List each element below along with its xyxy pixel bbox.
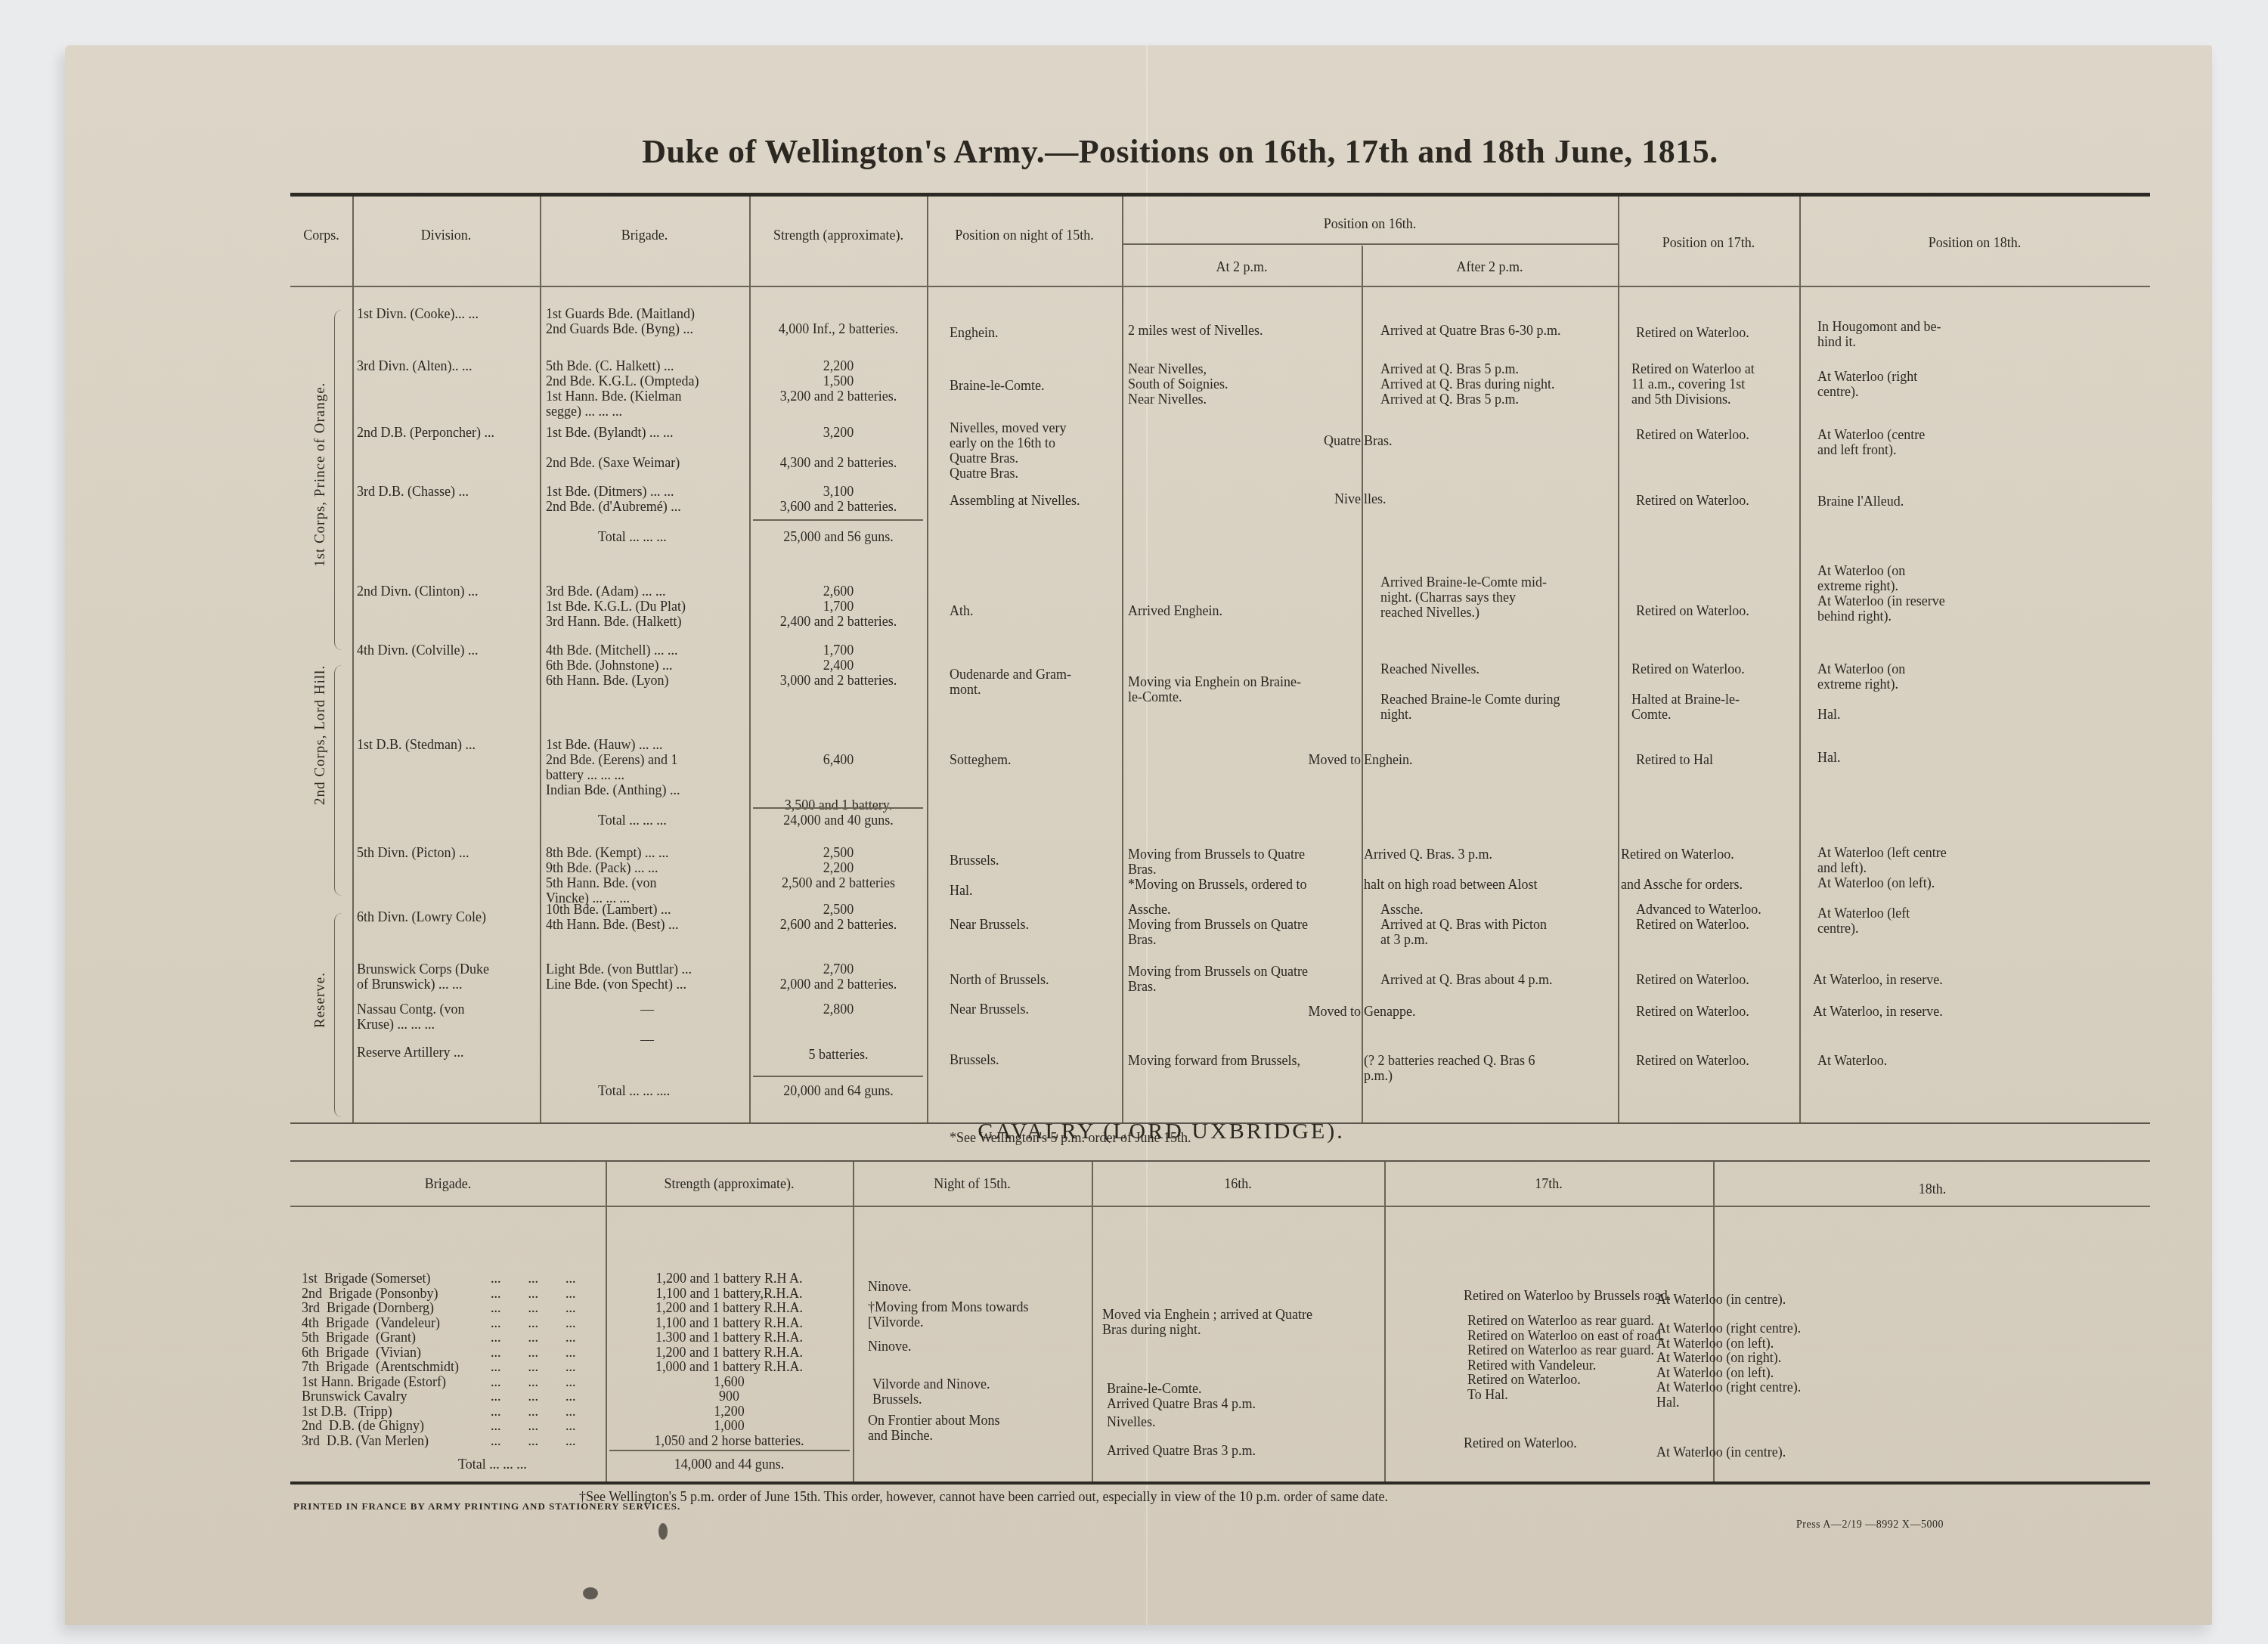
col-divider	[352, 197, 354, 1122]
strength-cell: 2,700 2,000 and 2 batteries.	[751, 961, 926, 992]
leader-dots: ... ... ...	[491, 1389, 576, 1404]
cavalry-brigade-row: 2nd D.B. (de Ghigny)... ... ...1,000	[302, 1419, 846, 1434]
cavalry-brigade-strength: 1,200 and 1 battery R.H.A.	[607, 1345, 851, 1361]
cavalry-brigade-row: 1st Brigade (Somerset)... ... ...1,200 a…	[302, 1271, 846, 1286]
cavalry-brigade-name: 1st D.B. (Tripp)	[302, 1404, 392, 1420]
subtotal-rule	[609, 1450, 850, 1451]
cav-night15-cell: On Frontier about Mons and Binche.	[868, 1413, 1087, 1443]
strength-cell: 3,200 4,300 and 2 batteries.	[751, 425, 926, 470]
subtotal-rule	[753, 519, 923, 521]
brigade-cell: —	[546, 1002, 748, 1017]
cavalry-brigade-row: 1st D.B. (Tripp)... ... ...1,200	[302, 1404, 846, 1420]
at2pm-cell: Moved to	[1128, 752, 1361, 767]
cavalry-brigade-row: 4th Brigade (Vandeleur)... ... ...1,100 …	[302, 1316, 846, 1331]
corps-brace	[334, 913, 343, 1117]
pos18-cell: At Waterloo (left centre).	[1817, 906, 1984, 936]
header-rule	[1122, 243, 1618, 245]
leader-dots: ... ... ...	[491, 1345, 576, 1361]
cav-night15-cell: Ninove.	[868, 1339, 1087, 1355]
at2pm-cell: Moving forward from Brussels,	[1128, 1053, 1361, 1068]
strength-cell: 2,200 1,500 3,200 and 2 batteries.	[751, 358, 926, 404]
after2pm-cell: Reached Nivelles. Reached Braine-le Comt…	[1380, 661, 1616, 722]
header-night-15th: Position on night of 15th.	[928, 227, 1120, 243]
at2pm-cell: Moving from Brussels to Quatre Bras. *Mo…	[1128, 847, 1361, 892]
after2pm-cell: Assche. Arrived at Q. Bras with Picton a…	[1380, 902, 1616, 947]
corps-brace	[334, 310, 343, 650]
brigade-cell: 8th Bde. (Kempt) ... ... 9th Bde. (Pack)…	[546, 845, 748, 906]
strength-cell: 3,100 3,600 and 2 batteries.	[751, 484, 926, 514]
brigade-cell: 1st Guards Bde. (Maitland) 2nd Guards Bd…	[546, 306, 748, 336]
leader-dots: ... ... ...	[491, 1375, 576, 1390]
at2pm-cell: Moving from Brussels on Quatre Bras.	[1128, 964, 1361, 994]
pos18-cell: At Waterloo.	[1817, 1053, 1984, 1068]
cavalry-brigade-strength: 1,200 and 1 battery R.H A.	[607, 1271, 851, 1286]
after2pm-cell: Arrived Braine-le-Comte mid- night. (Cha…	[1380, 574, 1616, 620]
cavalry-brigade-name: 3rd Brigade (Dornberg)	[302, 1301, 434, 1316]
division-cell: 3rd Divn. (Alten).. ...	[357, 358, 538, 373]
cavalry-brigade-name: 5th Brigade (Grant)	[302, 1330, 416, 1345]
header-rule	[290, 1206, 2150, 1207]
at2pm-cell: Assche. Moving from Brussels on Quatre B…	[1128, 902, 1361, 947]
strength-cell: 1,700 2,400 3,000 and 2 batteries.	[751, 642, 926, 688]
cavalry-brigade-name: 6th Brigade (Vivian)	[302, 1345, 421, 1361]
cav-16th-cell: Moved via Enghein ; arrived at Quatre Br…	[1102, 1308, 1390, 1337]
leader-dots: ... ... ...	[491, 1301, 576, 1316]
cav-16th-cell: Nivelles.	[1107, 1415, 1379, 1430]
pos18-cell: Hal.	[1817, 750, 1984, 765]
cav-night15-cell: Vilvorde and Ninove. Brussels.	[872, 1377, 1092, 1407]
cavalry-brigade-strength: 1,600	[607, 1375, 851, 1390]
leader-dots: ... ... ...	[491, 1330, 576, 1345]
night15-cell: Oudenarde and Gram- mont.	[950, 667, 1120, 697]
cavalry-brigade-name: 2nd D.B. (de Ghigny)	[302, 1419, 424, 1434]
cavalry-brigade-strength: 1,000 and 1 battery R.H.A.	[607, 1360, 851, 1375]
header-brigade: Brigade.	[541, 227, 748, 243]
cav-header-night15: Night of 15th.	[854, 1175, 1090, 1192]
cavalry-brigade-strength: 1.300 and 1 battery R.H.A.	[607, 1330, 851, 1345]
at2pm-cell: Quatre	[1128, 433, 1361, 448]
ink-stain	[583, 1587, 598, 1599]
after2pm-cell: Enghein.	[1364, 752, 1600, 767]
cav-night15-cell: †Moving from Mons towards [Vilvorde.	[868, 1300, 1087, 1330]
after2pm-cell: Genappe.	[1364, 1004, 1600, 1019]
cavalry-brigade-name: 7th Brigade (Arentschmidt)	[302, 1360, 459, 1375]
header-position-17th: Position on 17th.	[1619, 234, 1798, 251]
leader-dots: ... ... ...	[491, 1434, 576, 1449]
pos17-cell: Retired on Waterloo at 11 a.m., covering…	[1631, 361, 1798, 407]
pos17-cell: Retired on Waterloo.	[1636, 603, 1798, 618]
header-at-2pm: At 2 p.m.	[1123, 259, 1360, 275]
brigade-cell: 1st Bde. (Hauw) ... ... 2nd Bde. (Eerens…	[546, 737, 748, 797]
total-strength: 24,000 and 40 guns.	[751, 813, 926, 828]
header-position-16th: Position on 16th.	[1123, 215, 1616, 232]
cavalry-brigade-name: Brunswick Cavalry	[302, 1389, 407, 1404]
strength-cell: 2,500 2,600 and 2 batteries.	[751, 902, 926, 932]
corps-label-2nd: 2nd Corps, Lord Hill.	[312, 665, 329, 805]
leader-dots: ... ... ...	[491, 1271, 576, 1286]
col-divider	[1799, 197, 1801, 1122]
division-cell: 1st D.B. (Stedman) ...	[357, 737, 538, 752]
total-label: Total ... ... ...	[598, 813, 749, 828]
night15-cell: Near Brussels.	[950, 1002, 1120, 1017]
cav-16th-cell: Braine-le-Comte. Arrived Quatre Bras 4 p…	[1107, 1382, 1379, 1411]
subtotal-rule	[753, 807, 923, 809]
cav-header-brigade: Brigade.	[292, 1175, 604, 1192]
cavalry-brigade-strength: 1,100 and 1 battery,R.H.A.	[607, 1286, 851, 1302]
header-rule	[290, 286, 2150, 287]
cavalry-brigade-name: 4th Brigade (Vandeleur)	[302, 1316, 440, 1331]
cavalry-brigade-name: 3rd D.B. (Van Merlen)	[302, 1434, 429, 1449]
cav-night15-cell: Ninove.	[868, 1280, 1087, 1295]
brigade-cell: 10th Bde. (Lambert) ... 4th Hann. Bde. (…	[546, 902, 748, 932]
pos18-cell: At Waterloo (on extreme right). At Water…	[1817, 563, 1999, 624]
division-cell: 5th Divn. (Picton) ...	[357, 845, 538, 860]
division-cell: 2nd Divn. (Clinton) ...	[357, 584, 538, 599]
press-code: Press A—2/19 —8992 X—5000	[1796, 1519, 1944, 1531]
strength-cell: 2,600 1,700 2,400 and 2 batteries.	[751, 584, 926, 629]
pos18-cell: At Waterloo, in reserve.	[1813, 972, 1994, 987]
printer-imprint: PRINTED IN FRANCE BY ARMY PRINTING AND S…	[293, 1500, 680, 1512]
pos17-cell: Retired on Waterloo. and Assche for orde…	[1621, 847, 1798, 892]
division-cell: Brunswick Corps (Duke of Brunswick) ... …	[357, 961, 538, 992]
document-title: Duke of Wellington's Army.—Positions on …	[65, 132, 2212, 171]
cavalry-brigade-row: 6th Brigade (Vivian)... ... ...1,200 and…	[302, 1345, 846, 1361]
after2pm-cell: Arrived at Quatre Bras 6-30 p.m.	[1380, 323, 1616, 338]
division-cell: Nassau Contg. (von Kruse) ... ... ...	[357, 1002, 538, 1032]
cavalry-brigade-row: 1st Hann. Brigade (Estorf)... ... ...1,6…	[302, 1375, 846, 1390]
col-divider	[1122, 197, 1123, 1122]
pos18-cell: At Waterloo (centre and left front).	[1817, 427, 1984, 457]
after2pm-cell: Arrived at Q. Bras 5 p.m. Arrived at Q. …	[1380, 361, 1616, 407]
col-divider	[927, 197, 928, 1122]
pos18-cell: At Waterloo (on extreme right). Hal.	[1817, 661, 1999, 722]
cavalry-brigade-row: 2nd Brigade (Ponsonby)... ... ...1,100 a…	[302, 1286, 846, 1302]
cavalry-brigade-strength: 1,200 and 1 battery R.H.A.	[607, 1301, 851, 1316]
night15-cell: Brussels. Hal.	[950, 853, 1120, 898]
night15-cell: Near Brussels.	[950, 917, 1120, 932]
strength-cell: 2,500 2,200 2,500 and 2 batteries	[751, 845, 926, 890]
pos18-cell: Braine l'Alleud.	[1817, 494, 1984, 509]
cavalry-brigade-name: 1st Brigade (Somerset)	[302, 1271, 430, 1286]
cav-header-18th: 18th.	[1715, 1181, 2150, 1197]
division-cell: 1st Divn. (Cooke)... ...	[357, 306, 538, 321]
total-strength: 20,000 and 64 guns.	[751, 1083, 926, 1098]
header-strength: Strength (approximate).	[751, 227, 926, 243]
cav-total-strength: 14,000 and 44 guns.	[607, 1457, 851, 1472]
strength-cell: 5 batteries.	[751, 1047, 926, 1062]
cavalry-brigade-name: 1st Hann. Brigade (Estorf)	[302, 1375, 446, 1390]
pos17-cell: Retired on Waterloo.	[1636, 1053, 1798, 1068]
cavalry-brigade-strength: 1,200	[607, 1404, 851, 1420]
cavalry-brigade-name: 2nd Brigade (Ponsonby)	[302, 1286, 438, 1302]
header-corps: Corps.	[292, 227, 351, 243]
corps-label-reserve: Reserve.	[312, 972, 329, 1028]
total-label: Total ... ... ....	[598, 1083, 749, 1098]
pos17-cell: Retired on Waterloo.	[1636, 325, 1798, 340]
brigade-cell: 3rd Bde. (Adam) ... ... 1st Bde. K.G.L. …	[546, 584, 748, 629]
after2pm-cell: Bras.	[1364, 433, 1600, 448]
at2pm-cell: 2 miles west of Nivelles.	[1128, 323, 1361, 338]
leader-dots: ... ... ...	[491, 1419, 576, 1434]
division-cell: 6th Divn. (Lowry Cole)	[357, 909, 538, 924]
cav-16th-cell: Arrived Quatre Bras 3 p.m.	[1107, 1444, 1379, 1459]
total-label: Total ... ... ...	[598, 529, 749, 544]
cav-total-label: Total ... ... ...	[458, 1457, 606, 1472]
brigade-cell: 4th Bde. (Mitchell) ... ... 6th Bde. (Jo…	[546, 642, 748, 688]
pos17-cell: Retired on Waterloo. Halted at Braine-le…	[1631, 661, 1798, 722]
strength-cell: 4,000 Inf., 2 batteries.	[751, 321, 926, 336]
at2pm-cell: Near Nivelles, South of Soignies. Near N…	[1128, 361, 1361, 407]
cav-18th-cell: At Waterloo (in centre).	[1656, 1293, 1883, 1308]
document-sheet: Duke of Wellington's Army.—Positions on …	[65, 45, 2212, 1625]
pos17-cell: Retired on Waterloo.	[1636, 972, 1798, 987]
after2pm-cell: Arrived at Q. Bras about 4 p.m.	[1380, 972, 1616, 987]
night15-cell: Sotteghem.	[950, 752, 1120, 767]
cavalry-title: CAVALRY (LORD UXBRIDGE).	[65, 1119, 2212, 1144]
division-cell: Reserve Artillery ...	[357, 1045, 538, 1060]
col-divider	[853, 1162, 854, 1481]
cavalry-top-rule	[290, 1160, 2150, 1162]
cavalry-brigade-row: 5th Brigade (Grant)... ... ...1.300 and …	[302, 1330, 846, 1345]
header-division: Division.	[354, 227, 538, 243]
division-cell: 3rd D.B. (Chasse) ...	[357, 484, 538, 499]
night15-cell: Braine-le-Comte.	[950, 378, 1120, 393]
cavalry-bottom-rule	[290, 1481, 2150, 1485]
title-rule	[290, 193, 2150, 197]
leader-dots: ... ... ...	[491, 1404, 576, 1420]
pos18-cell: At Waterloo (left centre and left). At W…	[1817, 845, 1999, 890]
pos18-cell: In Hougomont and be- hind it.	[1817, 319, 1984, 349]
col-divider	[1618, 197, 1619, 1122]
brigade-cell: —	[546, 1032, 748, 1047]
cavalry-brigade-row: 3rd D.B. (Van Merlen)... ... ...1,050 an…	[302, 1434, 846, 1449]
pos17-cell: Retired on Waterloo.	[1636, 427, 1798, 442]
ink-stain	[658, 1523, 668, 1540]
col-divider	[540, 197, 541, 1122]
cavalry-brigade-strength: 1,050 and 2 horse batteries.	[607, 1434, 851, 1449]
night15-cell: Brussels.	[950, 1052, 1120, 1067]
leader-dots: ... ... ...	[491, 1316, 576, 1331]
leader-dots: ... ... ...	[491, 1286, 576, 1302]
at2pm-cell: Moved to	[1128, 1004, 1361, 1019]
pos17-cell: Retired on Waterloo.	[1636, 1004, 1798, 1019]
cav-header-strength: Strength (approximate).	[607, 1175, 851, 1192]
pos17-cell: Retired to Hal	[1636, 752, 1798, 767]
strength-cell: 2,800	[751, 1002, 926, 1017]
cavalry-brigade-row: 3rd Brigade (Dornberg)... ... ...1,200 a…	[302, 1301, 846, 1316]
brigade-cell: 1st Bde. (Ditmers) ... ... 2nd Bde. (d'A…	[546, 484, 748, 514]
pos18-cell: At Waterloo (right centre).	[1817, 369, 1984, 399]
header-after-2pm: After 2 p.m.	[1363, 259, 1616, 275]
after2pm-cell: Arrived Q. Bras. 3 p.m. halt on high roa…	[1364, 847, 1617, 892]
division-cell: 4th Divn. (Colville) ...	[357, 642, 538, 658]
corps-brace	[334, 665, 343, 896]
at2pm-cell: Moving via Enghein on Braine- le-Comte.	[1128, 674, 1361, 704]
night15-cell: Assembling at Nivelles.	[950, 493, 1120, 508]
brigade-cell: 5th Bde. (C. Halkett) ... 2nd Bde. K.G.L…	[546, 358, 748, 419]
col-divider	[1362, 246, 1363, 1122]
brigade-cell: Light Bde. (von Buttlar) ... Line Bde. (…	[546, 961, 748, 992]
night15-cell: Ath.	[950, 603, 1120, 618]
night15-cell: Enghein.	[950, 325, 1120, 340]
col-divider	[1092, 1162, 1093, 1481]
pos18-cell: At Waterloo, in reserve.	[1813, 1004, 1994, 1019]
cavalry-brigade-row: 7th Brigade (Arentschmidt)... ... ...1,0…	[302, 1360, 846, 1375]
cav-header-16th: 16th.	[1093, 1175, 1383, 1192]
cavalry-brigade-strength: 1,000	[607, 1419, 851, 1434]
pos17-cell: Advanced to Waterloo. Retired on Waterlo…	[1636, 902, 1798, 932]
cavalry-brigade-row: Brunswick Cavalry... ... ...900	[302, 1389, 846, 1404]
cavalry-brigade-strength: 1,100 and 1 battery R.H.A.	[607, 1316, 851, 1331]
cavalry-brigade-strength: 900	[607, 1389, 851, 1404]
total-strength: 25,000 and 56 guns.	[751, 529, 926, 544]
strength-cell: 6,400 3,500 and 1 battery.	[751, 752, 926, 813]
brigade-cell: 1st Bde. (Bylandt) ... ... 2nd Bde. (Sax…	[546, 425, 748, 470]
pos17-cell: Retired on Waterloo.	[1636, 493, 1798, 508]
division-cell: 2nd D.B. (Perponcher) ...	[357, 425, 538, 440]
leader-dots: ... ... ...	[491, 1360, 576, 1375]
after2pm-cell: lles.	[1364, 491, 1600, 506]
night15-cell: Nivelles, moved very early on the 16th t…	[950, 420, 1120, 481]
corps-label-1st: 1st Corps, Prince of Orange.	[312, 382, 329, 567]
cav-header-17th: 17th.	[1386, 1175, 1712, 1192]
cav-18th-cell: At Waterloo (right centre). At Waterloo …	[1656, 1321, 1883, 1410]
at2pm-cell: Nive	[1128, 491, 1361, 506]
at2pm-cell: Arrived Enghein.	[1128, 603, 1361, 618]
cavalry-footnote: †See Wellington's 5 p.m. order of June 1…	[579, 1489, 1388, 1505]
header-position-18th: Position on 18th.	[1801, 234, 2149, 251]
subtotal-rule	[753, 1076, 923, 1077]
night15-cell: North of Brussels.	[950, 972, 1120, 987]
cav-18th-cell: At Waterloo (in centre).	[1656, 1445, 1883, 1460]
after2pm-cell: (? 2 batteries reached Q. Bras 6 p.m.)	[1364, 1053, 1617, 1083]
